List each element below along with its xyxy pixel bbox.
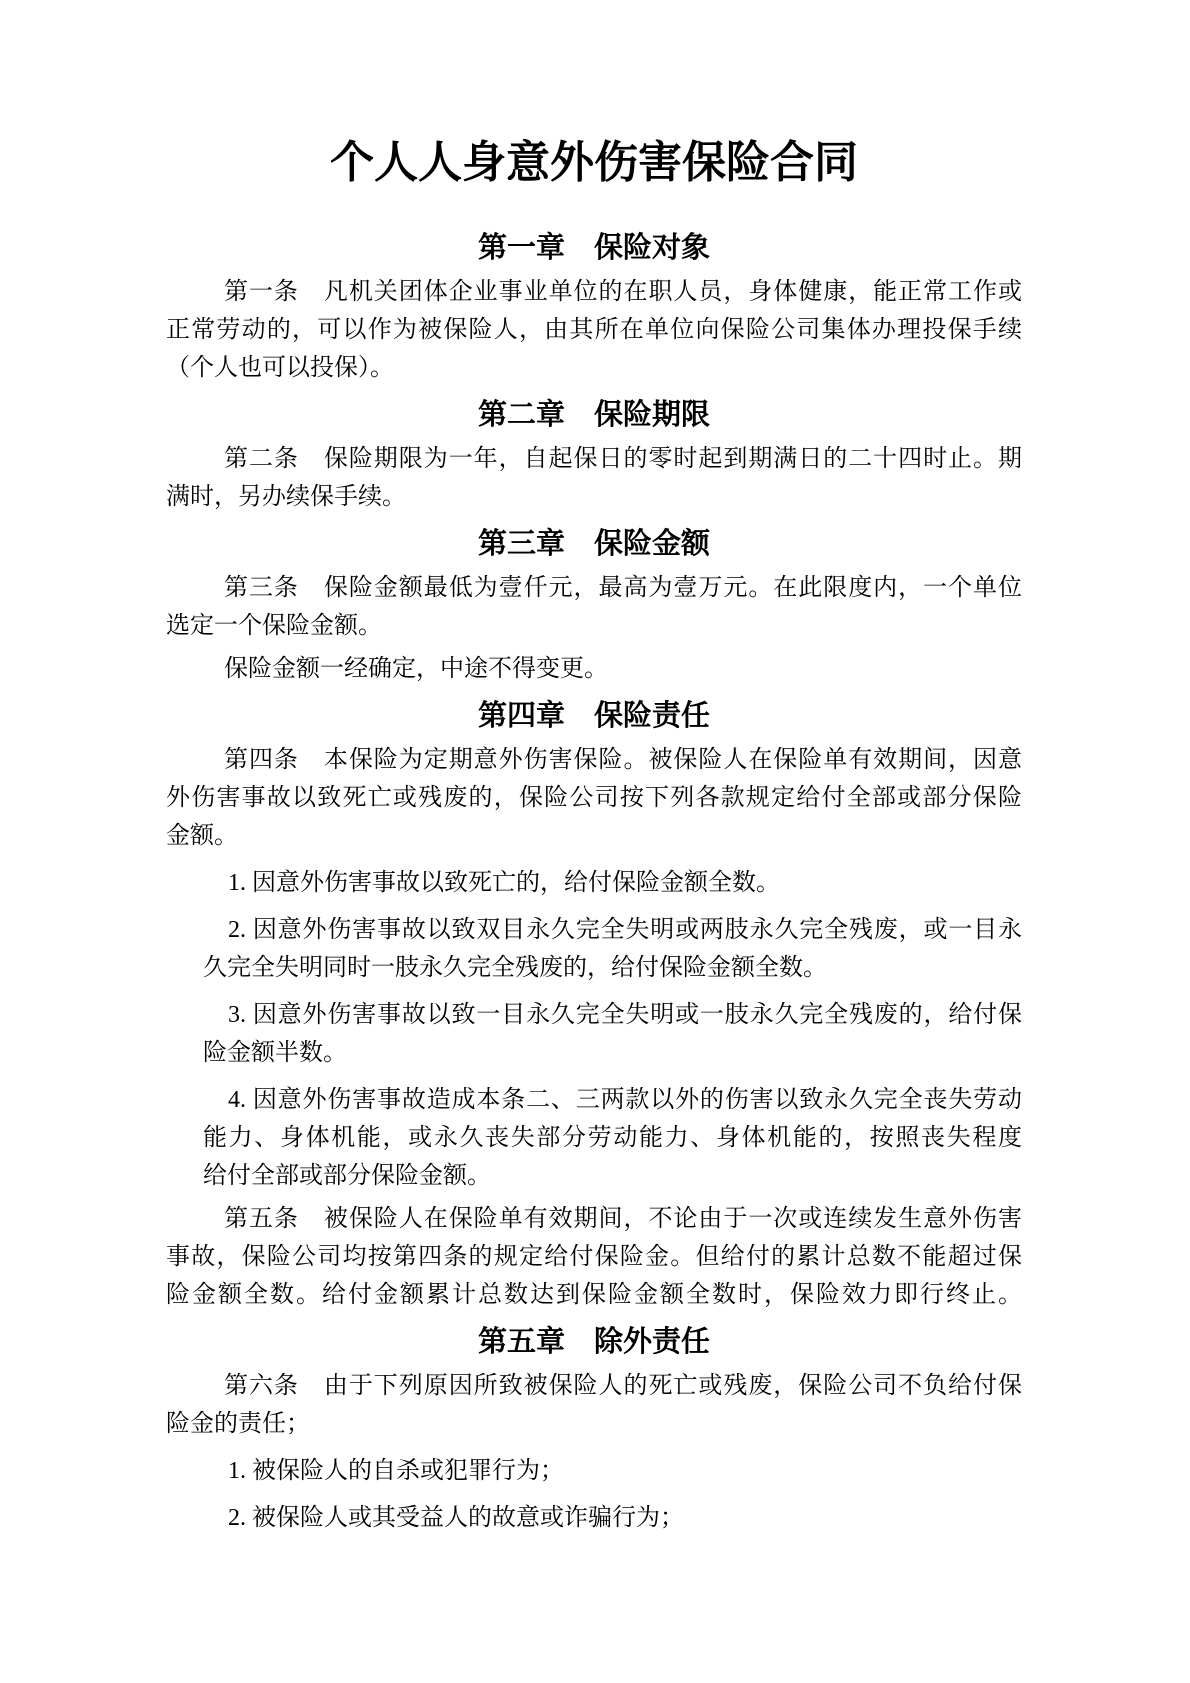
paragraph: 第一条 凡机关团体企业事业单位的在职人员，身体健康，能正常工作或正常劳动的，可以…: [166, 273, 1022, 387]
text-line: 金额。: [166, 817, 1022, 855]
text-line: 4. 因意外伤害事故造成本条二、三两款以外的伤害以致永久完全丧失劳动: [166, 1081, 1022, 1119]
list-item: 2. 被保险人或其受益人的故意或诈骗行为；: [166, 1499, 1022, 1537]
text-line: 3. 因意外伤害事故以致一目永久完全失明或一肢永久完全残废的，给付保: [166, 996, 1022, 1034]
list-item: 3. 因意外伤害事故以致一目永久完全失明或一肢永久完全残废的，给付保险金额半数。: [166, 996, 1022, 1072]
list-item: 1. 被保险人的自杀或犯罪行为；: [166, 1452, 1022, 1490]
text-line: 满时，另办续保手续。: [166, 478, 1022, 516]
paragraph: 保险金额一经确定，中途不得变更。: [166, 650, 1022, 688]
text-line: 险金额全数。给付金额累计总数达到保险金额全数时，保险效力即行终止。: [166, 1276, 1022, 1314]
chapter-heading: 第四章 保险责任: [166, 696, 1022, 736]
text-line: 第一条 凡机关团体企业事业单位的在职人员，身体健康，能正常工作或: [166, 273, 1022, 311]
paragraph: 第二条 保险期限为一年，自起保日的零时起到期满日的二十四时止。期满时，另办续保手…: [166, 440, 1022, 516]
document-body: 个人人身意外伤害保险合同第一章 保险对象第一条 凡机关团体企业事业单位的在职人员…: [166, 136, 1022, 1537]
chapter-heading: 第三章 保险金额: [166, 524, 1022, 564]
list-item: 4. 因意外伤害事故造成本条二、三两款以外的伤害以致永久完全丧失劳动能力、身体机…: [166, 1081, 1022, 1195]
document-page: 个人人身意外伤害保险合同第一章 保险对象第一条 凡机关团体企业事业单位的在职人员…: [0, 0, 1190, 1683]
list-item: 2. 因意外伤害事故以致双目永久完全失明或两肢永久完全残废，或一目永久完全失明同…: [166, 911, 1022, 987]
text-line: 第六条 由于下列原因所致被保险人的死亡或残废，保险公司不负给付保: [166, 1367, 1022, 1405]
text-line: 2. 因意外伤害事故以致双目永久完全失明或两肢永久完全残废，或一目永: [166, 911, 1022, 949]
text-line: 2. 被保险人或其受益人的故意或诈骗行为；: [166, 1499, 1022, 1537]
text-line: 险金额半数。: [166, 1034, 1022, 1072]
text-line: 正常劳动的，可以作为被保险人，由其所在单位向保险公司集体办理投保手续: [166, 311, 1022, 349]
text-line: 保险金额一经确定，中途不得变更。: [166, 650, 1022, 688]
text-line: （个人也可以投保）。: [166, 349, 1022, 387]
paragraph: 第四条 本保险为定期意外伤害保险。被保险人在保险单有效期间，因意外伤害事故以致死…: [166, 741, 1022, 855]
text-line: 第五条 被保险人在保险单有效期间，不论由于一次或连续发生意外伤害: [166, 1200, 1022, 1238]
text-line: 给付全部或部分保险金额。: [166, 1157, 1022, 1195]
paragraph: 第五条 被保险人在保险单有效期间，不论由于一次或连续发生意外伤害事故，保险公司均…: [166, 1200, 1022, 1314]
text-line: 事故，保险公司均按第四条的规定给付保险金。但给付的累计总数不能超过保: [166, 1238, 1022, 1276]
text-line: 外伤害事故以致死亡或残废的，保险公司按下列各款规定给付全部或部分保险: [166, 779, 1022, 817]
paragraph: 第三条 保险金额最低为壹仟元，最高为壹万元。在此限度内，一个单位选定一个保险金额…: [166, 569, 1022, 645]
text-line: 能力、身体机能，或永久丧失部分劳动能力、身体机能的，按照丧失程度: [166, 1119, 1022, 1157]
text-line: 险金的责任；: [166, 1405, 1022, 1443]
chapter-heading: 第二章 保险期限: [166, 395, 1022, 435]
chapter-heading: 第五章 除外责任: [166, 1322, 1022, 1362]
text-line: 第四条 本保险为定期意外伤害保险。被保险人在保险单有效期间，因意: [166, 741, 1022, 779]
chapter-heading: 第一章 保险对象: [166, 228, 1022, 268]
text-line: 1. 被保险人的自杀或犯罪行为；: [166, 1452, 1022, 1490]
paragraph: 第六条 由于下列原因所致被保险人的死亡或残废，保险公司不负给付保险金的责任；: [166, 1367, 1022, 1443]
list-item: 1. 因意外伤害事故以致死亡的，给付保险金额全数。: [166, 864, 1022, 902]
doc-title: 个人人身意外伤害保险合同: [166, 136, 1022, 190]
text-line: 第三条 保险金额最低为壹仟元，最高为壹万元。在此限度内，一个单位: [166, 569, 1022, 607]
text-line: 第二条 保险期限为一年，自起保日的零时起到期满日的二十四时止。期: [166, 440, 1022, 478]
text-line: 选定一个保险金额。: [166, 607, 1022, 645]
text-line: 1. 因意外伤害事故以致死亡的，给付保险金额全数。: [166, 864, 1022, 902]
text-line: 久完全失明同时一肢永久完全残废的，给付保险金额全数。: [166, 949, 1022, 987]
